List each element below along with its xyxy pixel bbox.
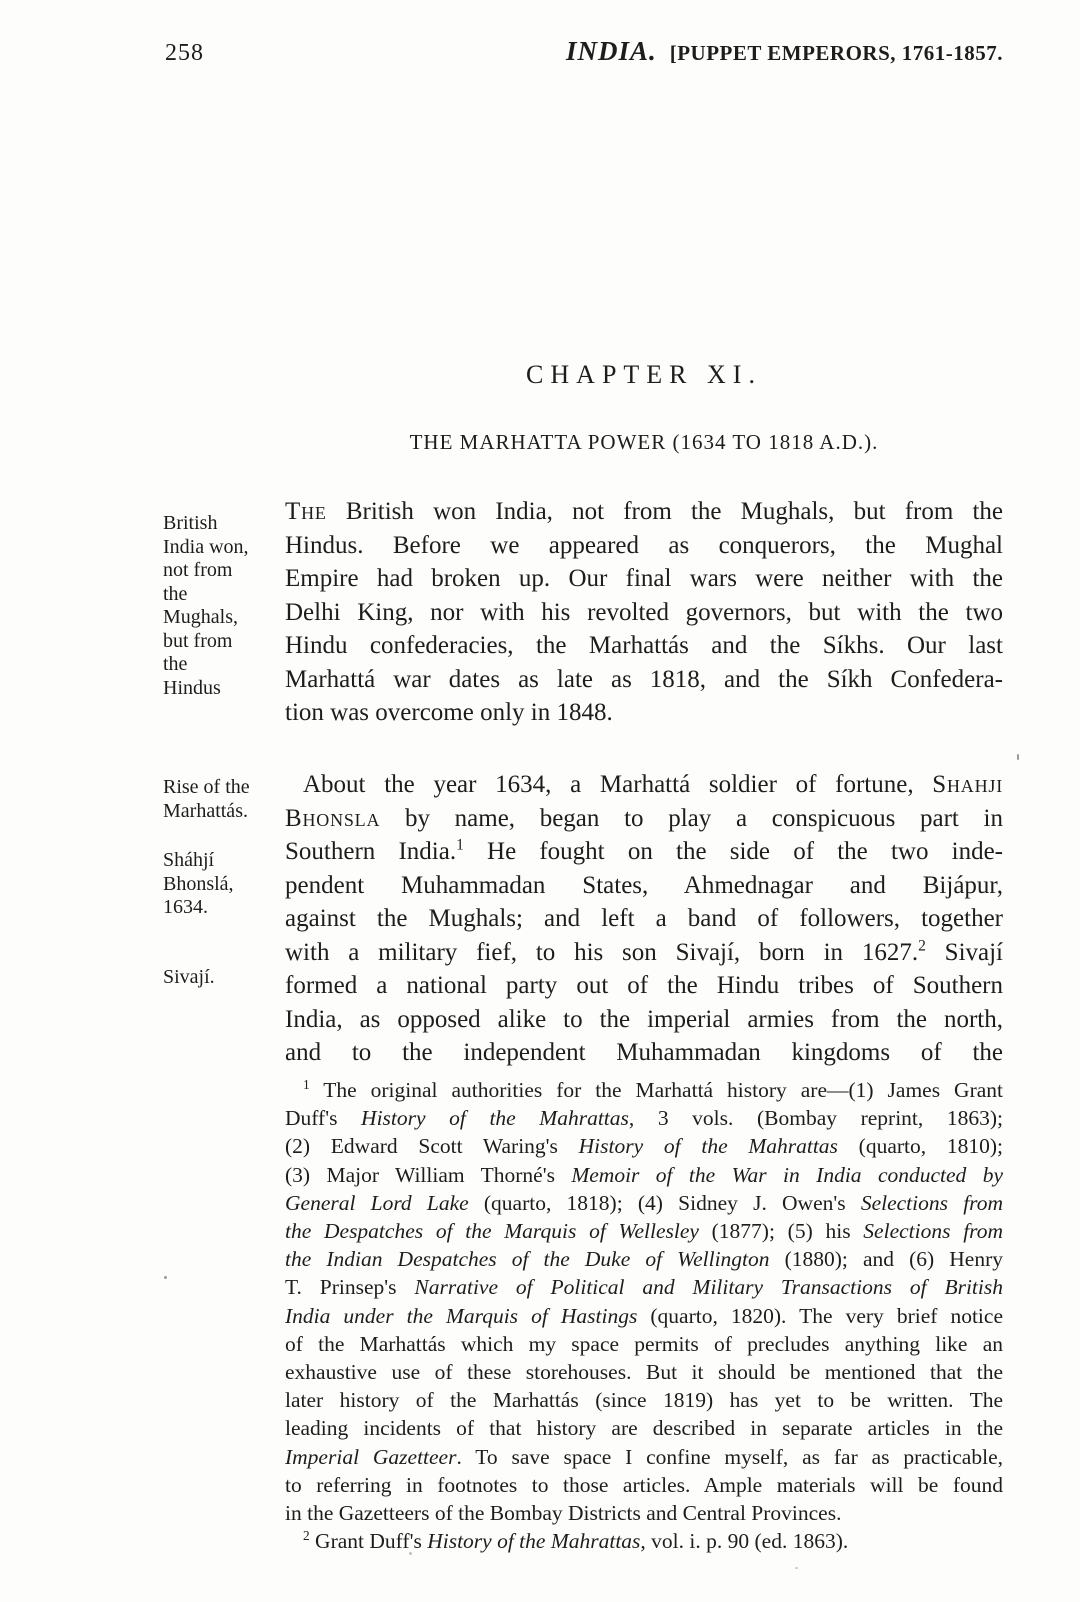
text-line: the Indian Despatches of the Duke of Wel… bbox=[285, 1245, 1003, 1273]
text-line: General Lord Lake (quarto, 1818); (4) Si… bbox=[285, 1189, 1003, 1217]
text-segment: the bbox=[163, 583, 187, 605]
text-segment: Hindu confederacies, the Marhattás and t… bbox=[285, 632, 1003, 659]
text-segment: (1880); and (6) Henry bbox=[770, 1247, 1003, 1271]
text-segment: with a military fief, to his son Sivají,… bbox=[285, 939, 918, 966]
text-line: T. Prinsep's Narrative of Political and … bbox=[285, 1273, 1003, 1301]
text-line: Bhonsla by name, began to play a conspic… bbox=[285, 802, 1003, 836]
text-line: against the Mughals; and left a band of … bbox=[285, 902, 1003, 936]
text-segment: to referring in footnotes to those artic… bbox=[285, 1473, 1003, 1497]
text-segment: (quarto, 1818); (4) Sidney J. Owen's bbox=[469, 1191, 861, 1215]
text-segment: Hindus. Before we appeared as conquerors… bbox=[285, 532, 1003, 559]
text-segment: (quarto, 1820). The very brief notice bbox=[637, 1304, 1003, 1328]
text-segment: pendent Muhammadan States, Ahmednagar an… bbox=[285, 872, 1003, 899]
running-title: INDIA. bbox=[566, 36, 657, 67]
text-segment: Delhi King, nor with his revolted govern… bbox=[285, 599, 1003, 626]
text-line: Hindus. Before we appeared as conquerors… bbox=[285, 529, 1003, 563]
text-segment: Empire had broken up. Our final wars wer… bbox=[285, 565, 1003, 592]
page-number: 258 bbox=[165, 40, 204, 67]
text-segment: not from bbox=[163, 559, 232, 581]
text-segment: the bbox=[163, 653, 187, 675]
footnote-marker: 2 bbox=[918, 937, 926, 954]
text-line: and to the independent Muhammadan kingdo… bbox=[285, 1036, 1003, 1070]
text-line: Marhattás. bbox=[163, 800, 279, 824]
scan-speck bbox=[164, 1276, 167, 1279]
text-line: Bhonslá, bbox=[163, 873, 279, 897]
text-line: the bbox=[163, 653, 279, 677]
text-segment: T. Prinsep's bbox=[285, 1275, 414, 1299]
text-segment: Duff's bbox=[285, 1106, 361, 1130]
text-segment: later history of the Marhattás (since 18… bbox=[285, 1388, 1003, 1412]
text-segment: in the Gazetteers of the Bombay District… bbox=[285, 1501, 841, 1525]
text-segment: Grant Duff's bbox=[310, 1529, 428, 1553]
text-line: with a military fief, to his son Sivají,… bbox=[285, 936, 1003, 970]
text-segment: Southern India. bbox=[285, 838, 456, 865]
text-line: leading incidents of that history are de… bbox=[285, 1414, 1003, 1442]
margin-note-shahji-bhonsla: SháhjíBhonslá,1634. bbox=[163, 849, 279, 920]
running-title-group: INDIA. [PUPPET EMPERORS, 1761-1857. bbox=[566, 36, 1003, 67]
text-segment: Rise of the bbox=[163, 776, 250, 798]
footnote-marker: 1 bbox=[456, 837, 464, 854]
text-line: British bbox=[163, 512, 279, 536]
page-header: 258 INDIA. [PUPPET EMPERORS, 1761-1857. bbox=[165, 36, 1003, 67]
scan-speck bbox=[795, 1567, 798, 1569]
text-line: Southern India.1 He fought on the side o… bbox=[285, 835, 1003, 869]
text-segment: exhaustive use of these storehouses. But… bbox=[285, 1360, 1003, 1384]
text-line: not from bbox=[163, 559, 279, 583]
text-line: Sivají. bbox=[163, 966, 279, 990]
text-line: 1634. bbox=[163, 896, 279, 920]
text-line: Hindus bbox=[163, 677, 279, 701]
text-line: of the Marhattás which my space permits … bbox=[285, 1330, 1003, 1358]
text-segment: India won, bbox=[163, 536, 249, 558]
text-line: the bbox=[163, 583, 279, 607]
text-line: Hindu confederacies, the Marhattás and t… bbox=[285, 629, 1003, 663]
text-segment: Imperial Gazetteer bbox=[285, 1445, 456, 1469]
text-segment: Bhonsla bbox=[285, 805, 380, 832]
footnote-2: 2 Grant Duff's History of the Mahrattas,… bbox=[285, 1527, 1003, 1555]
text-line: later history of the Marhattás (since 18… bbox=[285, 1386, 1003, 1414]
text-line: exhaustive use of these storehouses. But… bbox=[285, 1358, 1003, 1386]
footnote-marker: 2 bbox=[303, 1528, 310, 1543]
text-segment: British won India, not from the Mughals,… bbox=[327, 498, 1003, 525]
text-line: India, as opposed alike to the imperial … bbox=[285, 1003, 1003, 1037]
text-line: 2 Grant Duff's History of the Mahrattas,… bbox=[285, 1527, 1003, 1555]
text-segment: and to the independent Muhammadan kingdo… bbox=[285, 1039, 1003, 1066]
text-segment: but from bbox=[163, 630, 232, 652]
text-segment: India, as opposed alike to the imperial … bbox=[285, 1006, 1003, 1033]
text-segment: formed a national party out of the Hindu… bbox=[285, 972, 1003, 999]
text-line: Marhattá war dates as late as 1818, and … bbox=[285, 663, 1003, 697]
text-segment: tion was overcome only in 1848. bbox=[285, 699, 613, 726]
text-line: Mughals, bbox=[163, 606, 279, 630]
text-line: Imperial Gazetteer. To save space I conf… bbox=[285, 1443, 1003, 1471]
text-line: formed a national party out of the Hindu… bbox=[285, 969, 1003, 1003]
text-segment: He fought on the side of the two inde- bbox=[464, 838, 1003, 865]
text-segment: The original authorities for the Marhatt… bbox=[310, 1078, 1003, 1102]
text-segment: Shahji bbox=[932, 771, 1003, 798]
text-segment: by name, began to play a conspicuous par… bbox=[380, 805, 1003, 832]
text-segment: the Despatches of the Marquis of Wellesl… bbox=[285, 1219, 699, 1243]
text-segment: Sivají bbox=[926, 939, 1003, 966]
footnote-1: 1 The original authorities for the Marha… bbox=[285, 1076, 1003, 1527]
book-page: 258 INDIA. [PUPPET EMPERORS, 1761-1857. … bbox=[0, 0, 1080, 1602]
text-segment: (2) Edward Scott Waring's bbox=[285, 1134, 579, 1158]
text-line: (3) Major William Thorné's Memoir of the… bbox=[285, 1161, 1003, 1189]
text-line: the Despatches of the Marquis of Wellesl… bbox=[285, 1217, 1003, 1245]
text-line: Rise of the bbox=[163, 776, 279, 800]
text-segment: Memoir of the War in India conducted by bbox=[571, 1163, 1003, 1187]
text-segment: Marhattás. bbox=[163, 800, 248, 822]
running-section: [PUPPET EMPERORS, 1761-1857. bbox=[670, 41, 1003, 66]
text-segment: (1877); (5) his bbox=[699, 1219, 863, 1243]
text-line: Delhi King, nor with his revolted govern… bbox=[285, 596, 1003, 630]
text-line: but from bbox=[163, 630, 279, 654]
text-line: About the year 1634, a Marhattá soldier … bbox=[285, 768, 1003, 802]
text-segment: Marhattá war dates as late as 1818, and … bbox=[285, 666, 1003, 693]
margin-note-sivaji: Sivají. bbox=[163, 966, 279, 990]
text-segment: History of the Mahrattas bbox=[361, 1106, 629, 1130]
text-line: The British won India, not from the Mugh… bbox=[285, 495, 1003, 529]
text-segment: General Lord Lake bbox=[285, 1191, 469, 1215]
text-line: in the Gazetteers of the Bombay District… bbox=[285, 1499, 1003, 1527]
text-segment: (quarto, 1810); bbox=[838, 1134, 1003, 1158]
paragraph-british-won-india: The British won India, not from the Mugh… bbox=[285, 495, 1003, 730]
text-segment: 1634. bbox=[163, 896, 208, 918]
text-segment: leading incidents of that history are de… bbox=[285, 1416, 1003, 1440]
text-segment: against the Mughals; and left a band of … bbox=[285, 905, 1003, 932]
text-segment: Sivají. bbox=[163, 966, 215, 988]
text-segment: Selections from bbox=[861, 1191, 1003, 1215]
text-segment: Mughals, bbox=[163, 606, 238, 628]
text-line: India won, bbox=[163, 536, 279, 560]
paragraph-rise-of-marhattas: About the year 1634, a Marhattá soldier … bbox=[285, 768, 1003, 1070]
text-segment: History of the Mahrattas bbox=[427, 1529, 640, 1553]
text-segment: About the year 1634, a Marhattá soldier … bbox=[303, 771, 932, 798]
text-line: India under the Marquis of Hastings (qua… bbox=[285, 1302, 1003, 1330]
scan-speck bbox=[409, 1552, 412, 1555]
text-segment: (3) Major William Thorné's bbox=[285, 1163, 571, 1187]
text-segment: Hindus bbox=[163, 677, 221, 699]
text-line: tion was overcome only in 1848. bbox=[285, 696, 1003, 730]
text-line: 1 The original authorities for the Marha… bbox=[285, 1076, 1003, 1104]
text-segment: . To save space I confine myself, as far… bbox=[456, 1445, 1003, 1469]
margin-note-rise-of-marhattas: Rise of theMarhattás. bbox=[163, 776, 279, 823]
text-segment: , 3 vols. (Bombay reprint, 1863); bbox=[629, 1106, 1003, 1130]
scan-speck bbox=[1017, 754, 1019, 760]
text-segment: The bbox=[285, 498, 327, 525]
text-segment: of the Marhattás which my space permits … bbox=[285, 1332, 1003, 1356]
text-line: (2) Edward Scott Waring's History of the… bbox=[285, 1132, 1003, 1160]
text-segment: the Indian Despatches of the Duke of Wel… bbox=[285, 1247, 770, 1271]
text-segment: British bbox=[163, 512, 217, 534]
chapter-heading: CHAPTER XI. bbox=[285, 360, 1003, 390]
text-segment: Sháhjí bbox=[163, 849, 214, 871]
text-segment: Selections from bbox=[863, 1219, 1003, 1243]
text-line: to referring in footnotes to those artic… bbox=[285, 1471, 1003, 1499]
text-segment: History of the Mahrattas bbox=[579, 1134, 838, 1158]
footnote-marker: 1 bbox=[303, 1077, 310, 1092]
chapter-subtitle: THE MARHATTA POWER (1634 TO 1818 A.D.). bbox=[285, 430, 1003, 455]
text-line: Sháhjí bbox=[163, 849, 279, 873]
text-segment: Narrative of Political and Military Tran… bbox=[414, 1275, 1003, 1299]
margin-note-british-india-won: BritishIndia won,not fromtheMughals,but … bbox=[163, 512, 279, 700]
text-segment: India under the Marquis of Hastings bbox=[285, 1304, 637, 1328]
text-segment: , vol. i. p. 90 (ed. 1863). bbox=[640, 1529, 848, 1553]
text-line: Empire had broken up. Our final wars wer… bbox=[285, 562, 1003, 596]
text-segment: Bhonslá, bbox=[163, 873, 234, 895]
text-line: pendent Muhammadan States, Ahmednagar an… bbox=[285, 869, 1003, 903]
text-line: Duff's History of the Mahrattas, 3 vols.… bbox=[285, 1104, 1003, 1132]
